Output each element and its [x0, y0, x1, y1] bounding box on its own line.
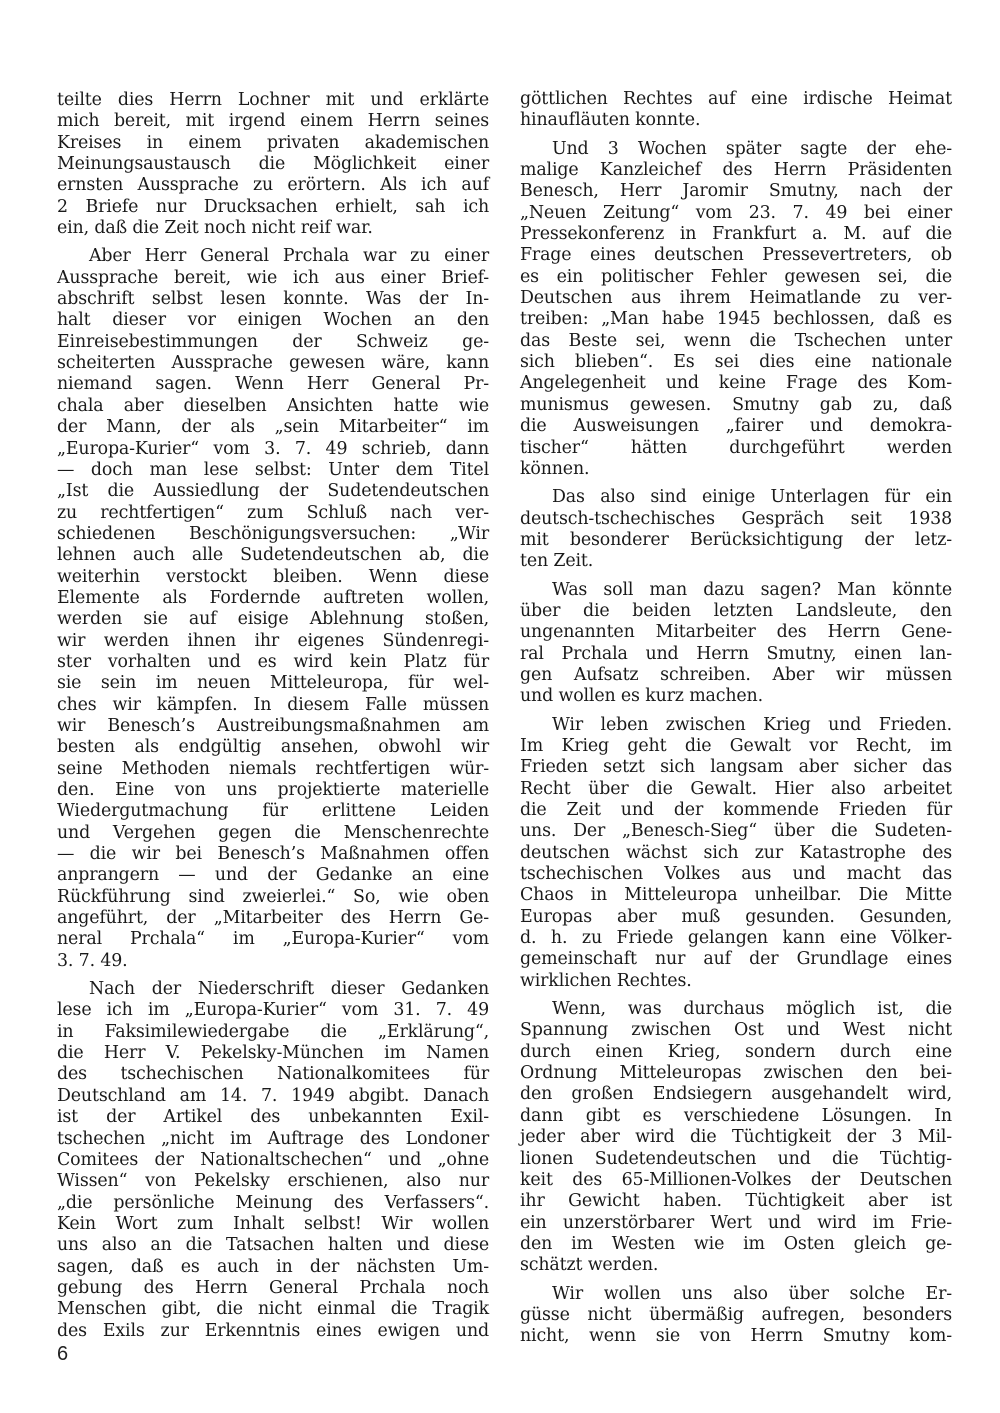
text-line: Ordnung Mitteleuropas zwischen den bei-	[520, 1063, 952, 1084]
text-line: des tschechischen Nationalkomitees für	[57, 1064, 489, 1085]
text-line: ral Prchala und Herrn Smutny, einen lan-	[520, 644, 952, 665]
left-column: teilte dies Herrn Lochner mit und erklär…	[57, 90, 489, 1349]
text-line: chala aber dieselben Ansichten hatte wie	[57, 396, 489, 417]
text-line: gen Aufsatz schreiben. Aber wir müssen	[520, 665, 952, 686]
text-line: angeführt, der „Mitarbeiter des Herrn Ge…	[57, 908, 489, 929]
text-line: Chaos in Mitteleuropa unheilbar. Die Mit…	[520, 885, 952, 906]
text-line: „Europa-Kurier“ vom 3. 7. 49 schrieb, da…	[57, 439, 489, 460]
page-number: 6	[57, 1343, 68, 1366]
text-line: lehnen auch alle Sudetendeutschen ab, di…	[57, 545, 489, 566]
document-page: teilte dies Herrn Lochner mit und erklär…	[0, 0, 1000, 1413]
text-line: die Herr V. Pekelsky-München im Namen	[57, 1043, 489, 1064]
text-line: Rückführung sind zweierlei.“ So, wie obe…	[57, 887, 489, 908]
text-line: Angelegenheit und keine Frage des Kom-	[520, 373, 952, 394]
text-line: ein, daß die Zeit noch nicht reif war.	[57, 218, 489, 239]
text-line: ihr Gewicht haben. Tüchtigkeit aber ist	[520, 1191, 952, 1212]
text-line: munismus gewesen. Smutny gab zu, daß	[520, 395, 952, 416]
text-line: Benesch, Herr Jaromir Smutny, nach der	[520, 181, 952, 202]
text-line: mich bereit, mit irgend einem Herrn sein…	[57, 111, 489, 132]
text-line: Spannung zwischen Ost und West nicht	[520, 1020, 952, 1041]
text-line: Nach der Niederschrift dieser Gedanken	[57, 979, 489, 1000]
text-line: Meinungsaustausch die Möglichkeit einer	[57, 154, 489, 175]
text-line: Einreisebestimmungen der Schweiz ge-	[57, 332, 489, 353]
text-line: Europas aber muß gesunden. Gesunden,	[520, 907, 952, 928]
text-line: schätzt werden.	[520, 1255, 952, 1276]
text-line: Das also sind einige Unterlagen für ein	[520, 487, 952, 508]
text-line: seine Methoden niemals rechtfertigen wür…	[57, 759, 489, 780]
text-line: den großen Endsiegern ausgehandelt wird,	[520, 1084, 952, 1105]
text-line: jeder aber wird die Tüchtigkeit der 3 Mi…	[520, 1127, 952, 1148]
text-line: ein unzerstörbarer Wert und wird im Frie…	[520, 1213, 952, 1234]
paragraph: Wenn, was durchaus möglich ist, dieSpann…	[520, 999, 952, 1276]
text-line: des Exils zur Erkenntnis eines ewigen un…	[57, 1321, 489, 1342]
text-line: uns also an die Tatsachen halten und die…	[57, 1235, 489, 1256]
text-line: göttlichen Rechtes auf eine irdische Hei…	[520, 89, 952, 110]
text-line: ster vorhalten und es wird kein Platz fü…	[57, 652, 489, 673]
text-line: tischer“ hätten durchgeführt werden	[520, 438, 952, 459]
text-line: gebung des Herrn General Prchala noch	[57, 1278, 489, 1299]
text-line: tschechischen Volkes aus und macht das	[520, 864, 952, 885]
text-line: schiedenen Beschönigungsversuchen: „Wir	[57, 524, 489, 545]
text-line: wir werden ihnen ihr eigenes Sündenregi-	[57, 631, 489, 652]
text-line: „die persönliche Meinung des Verfassers“…	[57, 1193, 489, 1214]
text-line: ten Zeit.	[520, 551, 952, 572]
text-line: nicht, wenn sie von Herrn Smutny kom-	[520, 1326, 952, 1347]
text-line: durch einen Krieg, sondern durch eine	[520, 1042, 952, 1063]
text-line: — die wir bei Benesch’s Maßnahmen offen	[57, 844, 489, 865]
paragraph: Wir wollen uns also über solche Er-güsse…	[520, 1284, 952, 1348]
paragraph: Und 3 Wochen später sagte der ehe-malige…	[520, 139, 952, 481]
text-line: Comitees der Nationaltschechen“ und „ohn…	[57, 1150, 489, 1171]
text-line: es ein politischer Fehler gewesen sei, d…	[520, 267, 952, 288]
text-line: und wollen es kurz machen.	[520, 686, 952, 707]
text-line: scheiterten Aussprache gewesen wäre, kan…	[57, 353, 489, 374]
text-line: Frieden setzt sich langsam aber sicher d…	[520, 757, 952, 778]
text-line: über die beiden letzten Landsleute, den	[520, 601, 952, 622]
text-line: Pressekonferenz in Frankfurt a. M. auf d…	[520, 224, 952, 245]
text-line: zu rechtfertigen“ zum Schluß nach ver-	[57, 503, 489, 524]
paragraph: Wir leben zwischen Krieg und Frieden.Im …	[520, 715, 952, 992]
paragraph: Nach der Niederschrift dieser Gedankenle…	[57, 979, 489, 1342]
text-line: Wenn, was durchaus möglich ist, die	[520, 999, 952, 1020]
text-line: Wir wollen uns also über solche Er-	[520, 1284, 952, 1305]
text-line: d. h. zu Friede gelangen kann eine Völke…	[520, 928, 952, 949]
text-line: ist der Artikel des unbekannten Exil-	[57, 1107, 489, 1128]
text-line: und Vergehen gegen die Menschenrechte	[57, 823, 489, 844]
text-line: besten als endgültig ansehen, obwohl wir	[57, 737, 489, 758]
paragraph: Aber Herr General Prchala war zu einerAu…	[57, 246, 489, 972]
text-line: wirklichen Rechtes.	[520, 971, 952, 992]
text-line: Und 3 Wochen später sagte der ehe-	[520, 139, 952, 160]
text-line: 2 Briefe nur Drucksachen erhielt, sah ic…	[57, 197, 489, 218]
text-line: Elemente als Fordernde auftreten wollen,	[57, 588, 489, 609]
text-line: Aussprache bereit, wie ich aus einer Bri…	[57, 268, 489, 289]
paragraph: Das also sind einige Unterlagen für eind…	[520, 487, 952, 572]
text-line: ernsten Aussprache zu erörtern. Als ich …	[57, 175, 489, 196]
text-line: — doch man lese selbst: Unter dem Titel	[57, 460, 489, 481]
paragraph: Was soll man dazu sagen? Man könnteüber …	[520, 580, 952, 708]
text-line: sich blieben“. Es sei dies eine national…	[520, 352, 952, 373]
text-line: anprangern — und der Gedanke an eine	[57, 865, 489, 886]
paragraph: göttlichen Rechtes auf eine irdische Hei…	[520, 89, 952, 132]
text-line: die Zeit und der kommende Frieden für	[520, 800, 952, 821]
text-line: uns. Der „Benesch-Sieg“ über die Sudeten…	[520, 821, 952, 842]
text-line: Was soll man dazu sagen? Man könnte	[520, 580, 952, 601]
text-line: ches wir kämpfen. In diesem Falle müssen	[57, 695, 489, 716]
right-column: göttlichen Rechtes auf eine irdische Hei…	[520, 89, 952, 1355]
text-line: können.	[520, 459, 952, 480]
text-line: den. Eine von uns projektierte materiell…	[57, 780, 489, 801]
text-line: die Ausweisungen „fairer und demokra-	[520, 416, 952, 437]
text-line: das Beste sei, wenn die Tschechen unter	[520, 331, 952, 352]
text-line: ungenannten Mitarbeiter des Herrn Gene-	[520, 622, 952, 643]
text-line: niemand sagen. Wenn Herr General Pr-	[57, 374, 489, 395]
text-line: den im Westen wie im Osten gleich ge-	[520, 1234, 952, 1255]
text-line: neral Prchala“ im „Europa-Kurier“ vom	[57, 929, 489, 950]
text-line: treiben: „Man habe 1945 bechlossen, daß …	[520, 309, 952, 330]
text-line: Kreises in einem privaten akademischen	[57, 133, 489, 154]
text-line: tschechen „nicht im Auftrage des Londone…	[57, 1129, 489, 1150]
text-line: malige Kanzleichef des Herrn Präsidenten	[520, 160, 952, 181]
text-line: 3. 7. 49.	[57, 951, 489, 972]
text-line: sie sein im neuen Mitteleuropa, für wel-	[57, 673, 489, 694]
text-line: güsse nicht übermäßig aufregen, besonder…	[520, 1305, 952, 1326]
text-line: Menschen gibt, die nicht einmal die Trag…	[57, 1299, 489, 1320]
text-line: deutschen wächst sich zur Katastrophe de…	[520, 843, 952, 864]
text-line: lionen Sudetendeutschen und die Tüchtig-	[520, 1149, 952, 1170]
text-line: wir Benesch’s Austreibungsmaßnahmen am	[57, 716, 489, 737]
text-line: werden sie auf eisige Ablehnung stoßen,	[57, 609, 489, 630]
text-line: dann gibt es verschiedene Lösungen. In	[520, 1106, 952, 1127]
text-line: abschrift selbst lesen konnte. Was der I…	[57, 289, 489, 310]
text-line: hinaufläuten konnte.	[520, 110, 952, 131]
text-line: der Mann, der als „sein Mitarbeiter“ im	[57, 417, 489, 438]
text-line: weiterhin verstockt bleiben. Wenn diese	[57, 567, 489, 588]
text-line: sagen, daß es auch in der nächsten Um-	[57, 1257, 489, 1278]
text-line: Im Krieg geht die Gewalt vor Recht, im	[520, 736, 952, 757]
text-line: Deutschen aus ihrem Heimatlande zu ver-	[520, 288, 952, 309]
text-line: Kein Wort zum Inhalt selbst! Wir wollen	[57, 1214, 489, 1235]
text-line: Wissen“ von Pekelsky erschienen, also nu…	[57, 1171, 489, 1192]
text-line: halt dieser vor einigen Wochen an den	[57, 310, 489, 331]
text-line: „Ist die Aussiedlung der Sudetendeutsche…	[57, 481, 489, 502]
text-line: Deutschland am 14. 7. 1949 abgibt. Danac…	[57, 1086, 489, 1107]
text-line: „Neuen Zeitung“ vom 23. 7. 49 bei einer	[520, 203, 952, 224]
text-line: keit des 65-Millionen-Volkes der Deutsch…	[520, 1170, 952, 1191]
text-line: Wir leben zwischen Krieg und Frieden.	[520, 715, 952, 736]
text-line: Frage eines deutschen Pressevertreters, …	[520, 245, 952, 266]
text-line: teilte dies Herrn Lochner mit und erklär…	[57, 90, 489, 111]
text-line: Wiedergutmachung für erlittene Leiden	[57, 801, 489, 822]
paragraph: teilte dies Herrn Lochner mit und erklär…	[57, 90, 489, 239]
text-line: deutsch-tschechisches Gespräch seit 1938	[520, 509, 952, 530]
text-line: in Faksimilewiedergabe die „Erklärung“,	[57, 1022, 489, 1043]
text-line: gemeinschaft nur auf der Grundlage eines	[520, 949, 952, 970]
text-line: lese ich im „Europa-Kurier“ vom 31. 7. 4…	[57, 1000, 489, 1021]
text-line: Aber Herr General Prchala war zu einer	[57, 246, 489, 267]
text-line: mit besonderer Berücksichtigung der letz…	[520, 530, 952, 551]
text-line: Recht über die Gewalt. Hier also arbeite…	[520, 779, 952, 800]
